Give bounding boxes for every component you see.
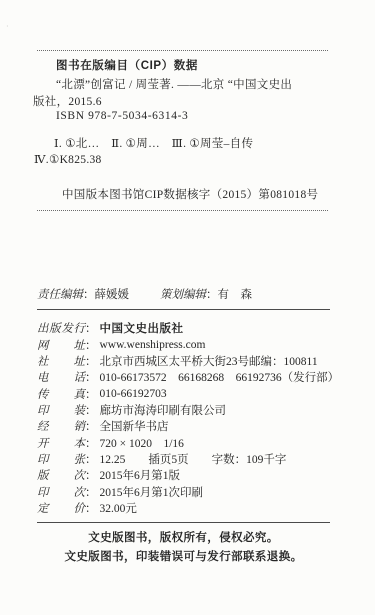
info-label: 传真 [37, 386, 85, 402]
colon: ： [85, 353, 97, 369]
info-row-distributor: 经销：全国新华书店 [37, 418, 339, 434]
book-copyright-page: · 图书在版编目（CIP）数据 “北漂”创富记 / 周莹著. ——北京 “中国文… [0, 0, 375, 615]
colon: ： [85, 435, 97, 451]
info-value: www.wenshipress.com [100, 339, 206, 351]
info-value: 010-66192703 [100, 388, 167, 400]
info-value: 廊坊市海涛印刷有限公司 [100, 402, 227, 418]
colon: ： [85, 369, 97, 385]
colon: ： [85, 418, 97, 434]
copyright-notice-line1: 文史版图书，版权所有，侵权必究。 [37, 529, 330, 548]
editors-row: 责任编辑：薛媛媛 策划编辑：有 森 [37, 286, 252, 302]
info-value: 北京市西城区太平桥大街23号邮编：100811 [100, 353, 318, 369]
info-value: 010-66173572 66168268 66192736（发行部） [100, 369, 340, 385]
copyright-notice-line2: 文史版图书，印装错误可与发行部联系退换。 [37, 548, 330, 567]
info-label: 印装 [37, 402, 85, 418]
info-row-edition: 版次：2015年6月第1版 [37, 467, 339, 483]
colon: ： [85, 467, 97, 483]
info-row-address: 社址：北京市西城区太平桥大街23号邮编：100811 [37, 353, 339, 369]
info-value: 全国新华书店 [100, 418, 169, 434]
info-label: 印张 [37, 451, 85, 467]
info-row-fax: 传真：010-66192703 [37, 385, 339, 401]
dotted-divider-bottom [37, 210, 328, 211]
info-label: 印次 [37, 484, 85, 500]
info-value: 12.25 插页5页 字数：109千字 [100, 451, 287, 467]
info-row-publisher: 出版发行：中国文史出版社 [37, 320, 339, 336]
cip-classification-line1: Ⅰ. ①北… Ⅱ. ①周… Ⅲ. ①周莹–自传 [54, 135, 253, 151]
colon: ： [85, 484, 97, 500]
colon: ： [85, 320, 97, 336]
info-row-format: 开本：720 × 1020 1/16 [37, 434, 339, 450]
info-row-printing: 印次：2015年6月第1次印刷 [37, 483, 339, 499]
colon: ： [85, 337, 97, 353]
info-label: 社址 [37, 353, 85, 369]
divider-above-publication-info [37, 309, 330, 310]
info-value: 720 × 1020 1/16 [100, 435, 184, 451]
cip-publication-line1: “北漂”创富记 / 周莹著. ——北京 “中国文史出 [56, 76, 292, 92]
colon: ： [83, 289, 95, 301]
info-row-price: 定价：32.00元 [37, 500, 339, 516]
isbn-number: ISBN 978-7-5034-6314-3 [56, 110, 188, 122]
info-label: 电话 [37, 369, 85, 385]
publication-info-list: 出版发行：中国文史出版社 网址：www.wenshipress.com 社址：北… [37, 320, 339, 516]
responsible-editor: 责任编辑：薛媛媛 [37, 286, 129, 302]
info-label: 经销 [37, 418, 85, 434]
info-label: 出版发行 [37, 320, 85, 336]
planning-editor-label: 策划编辑 [160, 289, 206, 301]
info-value: 中国文史出版社 [100, 320, 184, 336]
info-label: 开本 [37, 435, 85, 451]
responsible-editor-name: 薛媛媛 [95, 289, 130, 301]
colon: ： [85, 500, 97, 516]
info-row-printer: 印装：廊坊市海涛印刷有限公司 [37, 402, 339, 418]
dotted-divider-top [37, 50, 328, 51]
responsible-editor-label: 责任编辑 [37, 289, 83, 301]
cip-classification-line2: Ⅳ.①K825.38 [34, 152, 102, 166]
info-label: 版次 [37, 467, 85, 483]
planning-editor-name: 有 森 [218, 289, 253, 301]
cip-publication-line2: 版社，2015.6 [33, 93, 102, 109]
cip-title: 图书在版编目（CIP）数据 [56, 57, 198, 73]
colon: ： [85, 386, 97, 402]
copyright-notices: 文史版图书，版权所有，侵权必究。 文史版图书，印装错误可与发行部联系退换。 [37, 529, 330, 566]
info-value: 2015年6月第1次印刷 [100, 484, 204, 500]
colon: ： [85, 451, 97, 467]
colon: ： [206, 289, 218, 301]
scan-speck: · [6, 22, 9, 31]
cip-record-number: 中国版本图书馆CIP数据核字（2015）第081018号 [62, 186, 318, 202]
info-label: 网址 [37, 337, 85, 353]
divider-above-notices [37, 522, 330, 523]
info-label: 定价 [37, 500, 85, 516]
info-row-phone: 电话：010-66173572 66168268 66192736（发行部） [37, 369, 339, 385]
info-value: 2015年6月第1版 [100, 467, 181, 483]
colon: ： [85, 402, 97, 418]
planning-editor: 策划编辑：有 森 [160, 286, 252, 302]
info-row-sheets: 印张：12.25 插页5页 字数：109千字 [37, 451, 339, 467]
info-row-website: 网址：www.wenshipress.com [37, 336, 339, 352]
info-value: 32.00元 [100, 500, 137, 516]
